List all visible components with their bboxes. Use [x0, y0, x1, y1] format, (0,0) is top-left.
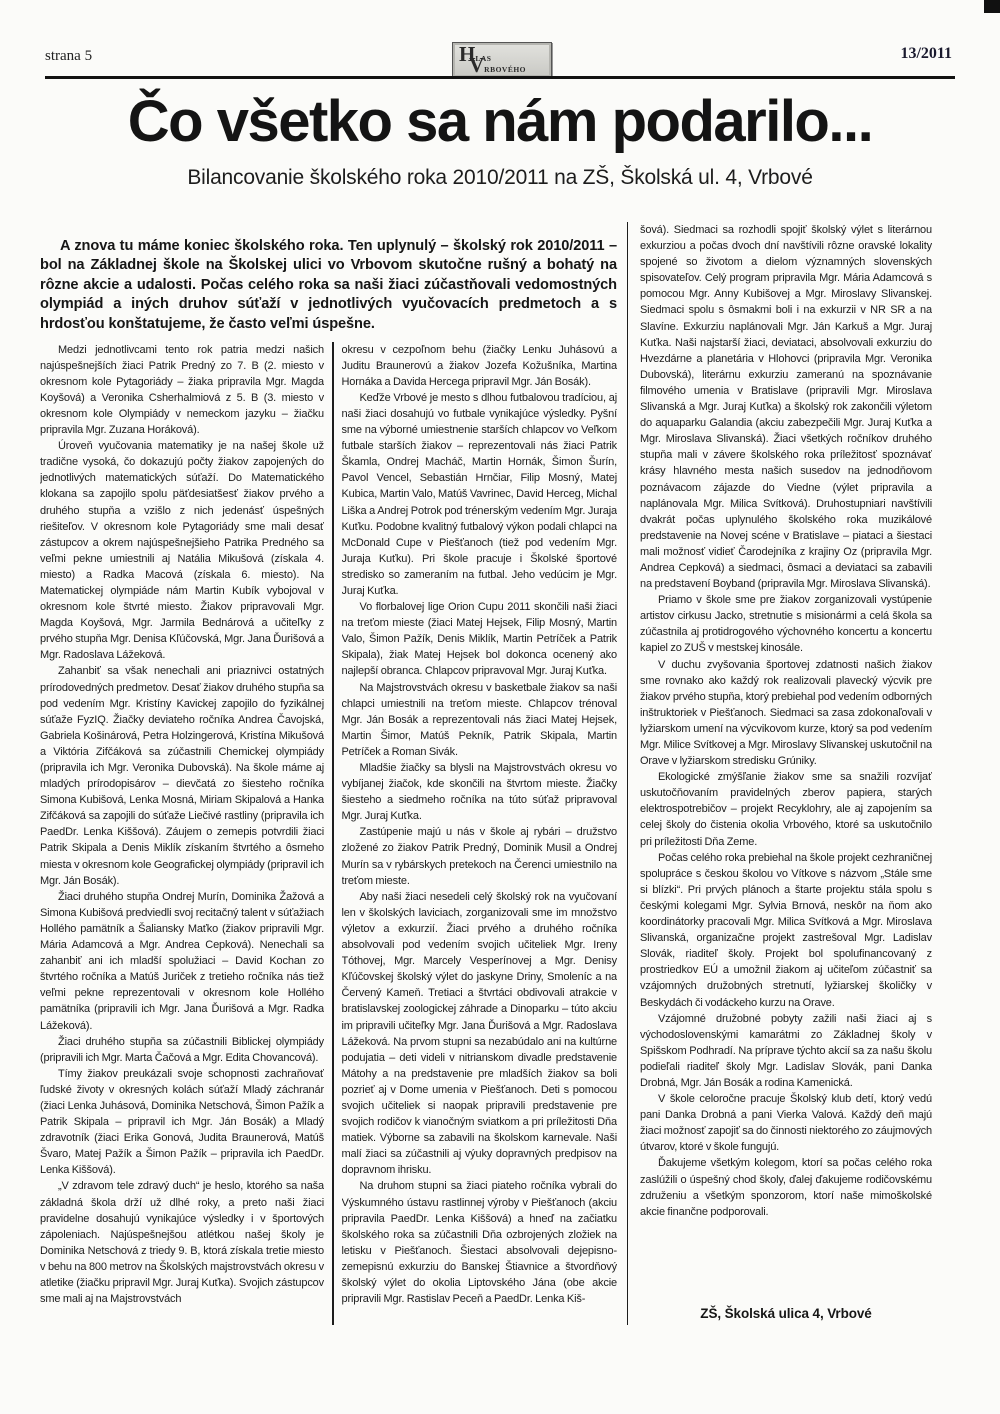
article-paragraph: okresu v cezpoľnom behu (žiačky Lenku Ju…: [342, 342, 618, 390]
issue-number-label: 13/2011: [900, 45, 952, 63]
article-paragraph: Priamo v škole sme pre žiakov zorganizov…: [640, 592, 932, 656]
newspaper-page: strana 5 HLAS VRBOVÉHO 13/2011 Čo všetko…: [0, 0, 1000, 1414]
article-paragraph: Vo florbalovej lige Orion Cupu 2011 skon…: [342, 599, 618, 679]
article-signature: ZŠ, Školská ulica 4, Vrbové: [640, 1306, 932, 1321]
article-subtitle: Bilancovanie školského roka 2010/2011 na…: [0, 166, 1000, 190]
article-paragraph: Aby naši žiaci nesedeli celý školský rok…: [342, 889, 618, 1179]
two-column-block: Medzi jednotlivcami tento rok patria med…: [40, 342, 617, 1325]
article-paragraph: „V zdravom tele zdravý duch“ je heslo, k…: [40, 1178, 324, 1307]
article-lead-paragraph: A znova tu máme koniec školského roka. T…: [40, 237, 617, 335]
article-left-area: A znova tu máme koniec školského roka. T…: [40, 222, 628, 1325]
article-paragraph: Vzájomné družobné pobyty zažili naši žia…: [640, 1011, 932, 1091]
article-paragraph: V duchu zvyšovania športovej zdatnosti n…: [640, 657, 932, 770]
article-paragraph: Keďže Vrbové je mesto s dlhou futbalovou…: [342, 390, 618, 599]
article-paragraph: šová). Siedmaci sa rozhodli spojiť škols…: [640, 222, 932, 592]
article-title: Čo všetko sa nám podarilo...: [0, 88, 1000, 155]
article-column-2: okresu v cezpoľnom behu (žiačky Lenku Ju…: [342, 342, 618, 1325]
article-paragraph: Tímy žiakov preukázali svoje schopnosti …: [40, 1066, 324, 1179]
page-number-label: strana 5: [45, 48, 92, 65]
article-paragraph: Počas celého roka prebiehal na škole pro…: [640, 850, 932, 1011]
header-divider-rule: [45, 76, 955, 79]
article-paragraph: Zahanbiť sa však nenechali ani priaznivc…: [40, 663, 324, 888]
article-paragraph: Zastúpenie majú u nás v škole aj rybári …: [342, 824, 618, 888]
article-paragraph: V škole celoročne pracuje Školský klub d…: [640, 1091, 932, 1155]
article-body: A znova tu máme koniec školského roka. T…: [40, 222, 932, 1325]
article-column-1: Medzi jednotlivcami tento rok patria med…: [40, 342, 324, 1325]
article-paragraph: Na druhom stupni sa žiaci piateho ročník…: [342, 1178, 618, 1307]
article-paragraph: Úroveň vyučovania matematiky je na našej…: [40, 438, 324, 663]
article-paragraph: Mladšie žiačky sa blysli na Majstrovstvá…: [342, 760, 618, 824]
article-paragraph: Ďakujeme všetkým kolegom, ktorí sa počas…: [640, 1155, 932, 1219]
article-paragraph: Žiaci druhého stupňa sa zúčastnili Bibli…: [40, 1034, 324, 1066]
newspaper-logo: HLAS VRBOVÉHO: [452, 42, 552, 78]
article-paragraph: Žiaci druhého stupňa Ondrej Murín, Domin…: [40, 889, 324, 1034]
article-paragraph: Na Majstrovstvách okresu v basketbale ži…: [342, 680, 618, 760]
article-column-3: šová). Siedmaci sa rozhodli spojiť škols…: [640, 222, 932, 1325]
scan-corner-mark: [984, 0, 1000, 13]
article-paragraph: Ekologické zmýšľanie žiakov sme sa snaži…: [640, 769, 932, 849]
column-divider: [332, 342, 334, 1325]
logo-line-vrboveho: VRBOVÉHO: [469, 55, 526, 77]
article-paragraph: Medzi jednotlivcami tento rok patria med…: [40, 342, 324, 439]
